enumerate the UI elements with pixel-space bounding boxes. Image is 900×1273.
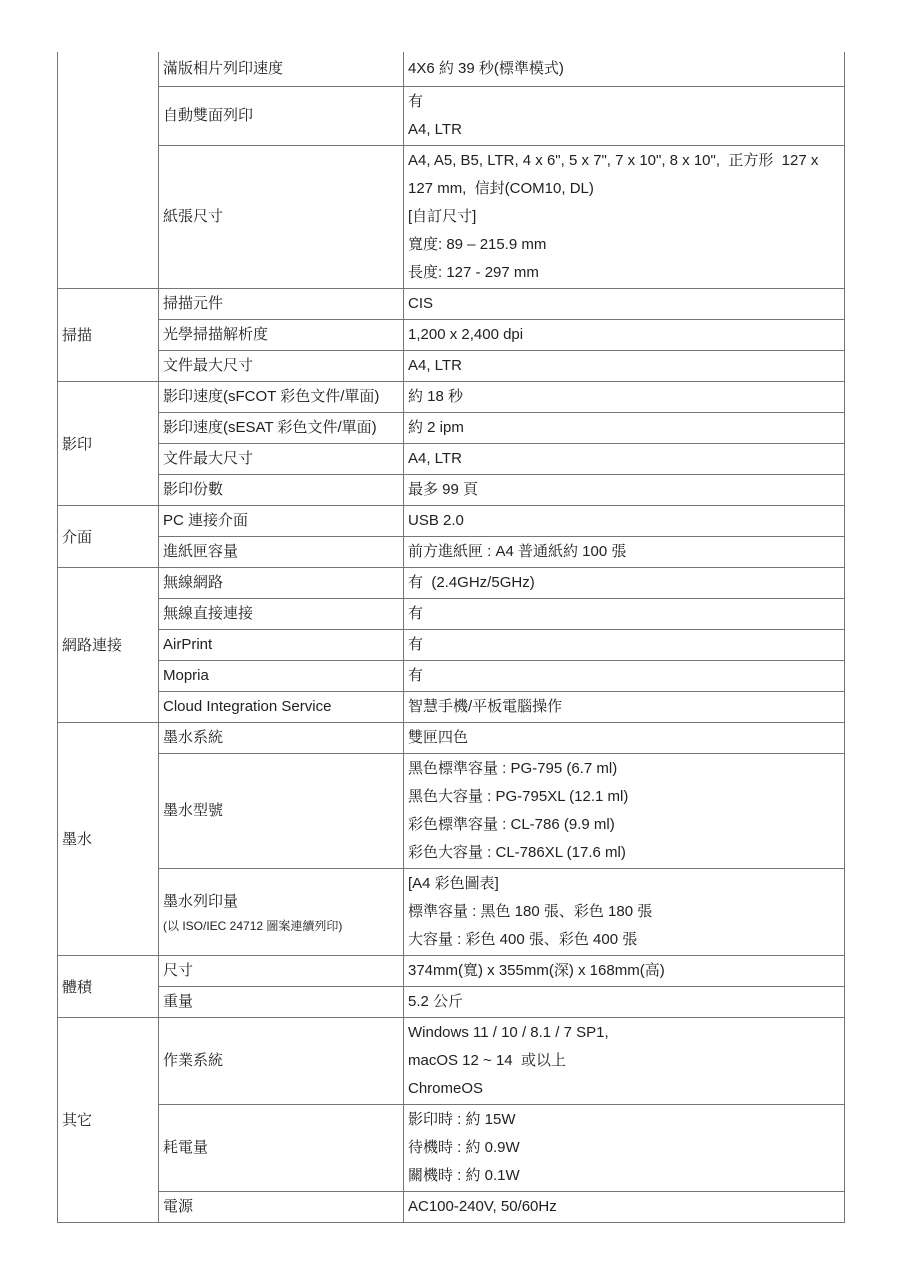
table-row: 介面PC 連接介面USB 2.0: [58, 505, 845, 536]
spec-name-cell: 無線網路: [159, 567, 404, 598]
spec-value-line: 有: [408, 662, 840, 690]
table-row: 影印影印速度(sFCOT 彩色文件/單面)約 18 秒: [58, 381, 845, 412]
spec-value-line: 標準容量 : 黑色 180 張、彩色 180 張: [408, 898, 840, 926]
spec-name-cell: 尺寸: [159, 955, 404, 986]
spec-name-cell: 光學掃描解析度: [159, 319, 404, 350]
spec-name-cell: 紙張尺寸: [159, 145, 404, 288]
table-row: 文件最大尺寸A4, LTR: [58, 443, 845, 474]
table-row: 重量5.2 公斤: [58, 986, 845, 1017]
spec-value-cell: 有A4, LTR: [404, 86, 845, 145]
spec-name-note: (以 ISO/IEC 24712 圖案連續列印): [163, 916, 399, 936]
spec-value-cell: 有: [404, 598, 845, 629]
spec-name-label: 影印速度(sESAT 彩色文件/單面): [163, 414, 399, 442]
spec-value-cell: USB 2.0: [404, 505, 845, 536]
spec-value-cell: A4, LTR: [404, 443, 845, 474]
spec-name-cell: Cloud Integration Service: [159, 691, 404, 722]
table-row: 無線直接連接有: [58, 598, 845, 629]
spec-value-cell: 有: [404, 629, 845, 660]
spec-value-cell: Windows 11 / 10 / 8.1 / 7 SP1,macOS 12 ~…: [404, 1017, 845, 1104]
spec-name-label: 作業系統: [163, 1047, 399, 1075]
spec-value-line: 374mm(寬) x 355mm(深) x 168mm(高): [408, 957, 840, 985]
category-cell: 網路連接: [58, 567, 159, 722]
table-row: 紙張尺寸A4, A5, B5, LTR, 4 x 6", 5 x 7", 7 x…: [58, 145, 845, 288]
table-row: 墨水墨水系統雙匣四色: [58, 722, 845, 753]
spec-value-line: 有: [408, 88, 840, 116]
spec-name-label: 墨水型號: [163, 797, 399, 825]
spec-value-line: 有 (2.4GHz/5GHz): [408, 569, 840, 597]
spec-value-cell: 雙匣四色: [404, 722, 845, 753]
spec-name-label: 墨水系統: [163, 724, 399, 752]
spec-value-line: A4, LTR: [408, 116, 840, 144]
spec-value-line: [自訂尺寸]: [408, 203, 840, 231]
spec-value-line: 有: [408, 631, 840, 659]
category-cell: 介面: [58, 505, 159, 567]
spec-value-line: 黑色大容量 : PG-795XL (12.1 ml): [408, 783, 840, 811]
spec-name-label: 無線網路: [163, 569, 399, 597]
category-cell: 墨水: [58, 722, 159, 955]
spec-name-label: 光學掃描解析度: [163, 321, 399, 349]
spec-name-label: 尺寸: [163, 957, 399, 985]
spec-value-cell: 5.2 公斤: [404, 986, 845, 1017]
spec-value-line: 5.2 公斤: [408, 988, 840, 1016]
spec-value-line: A4, LTR: [408, 352, 840, 380]
spec-value-line: 4X6 約 39 秒(標準模式): [408, 55, 840, 83]
table-row: 掃描掃描元件CIS: [58, 288, 845, 319]
category-cell: 其它: [58, 1017, 159, 1222]
table-row: 進紙匣容量前方進紙匣 : A4 普通紙約 100 張: [58, 536, 845, 567]
table-row: 墨水型號黑色標準容量 : PG-795 (6.7 ml)黑色大容量 : PG-7…: [58, 753, 845, 868]
spec-value-cell: 4X6 約 39 秒(標準模式): [404, 52, 845, 86]
spec-value-line: USB 2.0: [408, 507, 840, 535]
table-row: 滿版相片列印速度4X6 約 39 秒(標準模式): [58, 52, 845, 86]
spec-name-label: 無線直接連接: [163, 600, 399, 628]
spec-name-cell: 滿版相片列印速度: [159, 52, 404, 86]
spec-value-cell: A4, A5, B5, LTR, 4 x 6", 5 x 7", 7 x 10"…: [404, 145, 845, 288]
spec-name-cell: 文件最大尺寸: [159, 443, 404, 474]
spec-value-line: 待機時 : 約 0.9W: [408, 1134, 840, 1162]
spec-value-cell: [A4 彩色圖表]標準容量 : 黑色 180 張、彩色 180 張大容量 : 彩…: [404, 868, 845, 955]
table-row: 體積尺寸374mm(寬) x 355mm(深) x 168mm(高): [58, 955, 845, 986]
spec-value-cell: 有 (2.4GHz/5GHz): [404, 567, 845, 598]
spec-name-cell: Mopria: [159, 660, 404, 691]
table-row: 網路連接無線網路有 (2.4GHz/5GHz): [58, 567, 845, 598]
spec-name-label: 進紙匣容量: [163, 538, 399, 566]
spec-name-label: 文件最大尺寸: [163, 445, 399, 473]
table-row: Cloud Integration Service智慧手機/平板電腦操作: [58, 691, 845, 722]
spec-value-line: 約 2 ipm: [408, 414, 840, 442]
spec-sheet: 滿版相片列印速度4X6 約 39 秒(標準模式)自動雙面列印有A4, LTR紙張…: [57, 52, 844, 1223]
spec-name-label: 耗電量: [163, 1134, 399, 1162]
spec-value-line: ChromeOS: [408, 1075, 840, 1103]
spec-value-cell: 1,200 x 2,400 dpi: [404, 319, 845, 350]
spec-name-cell: 自動雙面列印: [159, 86, 404, 145]
table-row: 影印速度(sESAT 彩色文件/單面)約 2 ipm: [58, 412, 845, 443]
spec-name-label: 自動雙面列印: [163, 102, 399, 130]
spec-name-cell: 墨水列印量(以 ISO/IEC 24712 圖案連續列印): [159, 868, 404, 955]
spec-name-label: 墨水列印量: [163, 888, 399, 916]
table-row: 電源AC100-240V, 50/60Hz: [58, 1191, 845, 1222]
spec-value-line: 有: [408, 600, 840, 628]
spec-value-line: 智慧手機/平板電腦操作: [408, 693, 840, 721]
spec-value-line: CIS: [408, 290, 840, 318]
spec-name-cell: 耗電量: [159, 1104, 404, 1191]
spec-value-cell: 有: [404, 660, 845, 691]
table-row: 耗電量影印時 : 約 15W待機時 : 約 0.9W關機時 : 約 0.1W: [58, 1104, 845, 1191]
spec-value-line: AC100-240V, 50/60Hz: [408, 1193, 840, 1221]
spec-name-cell: 墨水系統: [159, 722, 404, 753]
spec-value-cell: CIS: [404, 288, 845, 319]
category-cell: 體積: [58, 955, 159, 1017]
spec-table: 滿版相片列印速度4X6 約 39 秒(標準模式)自動雙面列印有A4, LTR紙張…: [57, 52, 845, 1223]
spec-value-line: macOS 12 ~ 14 或以上: [408, 1047, 840, 1075]
spec-name-label: 電源: [163, 1193, 399, 1221]
spec-value-line: 長度: 127 - 297 mm: [408, 259, 840, 287]
spec-name-label: PC 連接介面: [163, 507, 399, 535]
spec-name-cell: 作業系統: [159, 1017, 404, 1104]
category-cell: 影印: [58, 381, 159, 505]
spec-name-label: Cloud Integration Service: [163, 693, 399, 721]
spec-value-line: A4, A5, B5, LTR, 4 x 6", 5 x 7", 7 x 10"…: [408, 147, 840, 175]
spec-value-line: 黑色標準容量 : PG-795 (6.7 ml): [408, 755, 840, 783]
spec-name-cell: 墨水型號: [159, 753, 404, 868]
table-row: 光學掃描解析度1,200 x 2,400 dpi: [58, 319, 845, 350]
spec-value-line: 1,200 x 2,400 dpi: [408, 321, 840, 349]
spec-value-cell: 374mm(寬) x 355mm(深) x 168mm(高): [404, 955, 845, 986]
spec-value-cell: A4, LTR: [404, 350, 845, 381]
spec-name-label: 文件最大尺寸: [163, 352, 399, 380]
spec-value-line: 關機時 : 約 0.1W: [408, 1162, 840, 1190]
spec-value-line: 127 mm, 信封(COM10, DL): [408, 175, 840, 203]
spec-name-label: 影印份數: [163, 476, 399, 504]
spec-value-cell: 黑色標準容量 : PG-795 (6.7 ml)黑色大容量 : PG-795XL…: [404, 753, 845, 868]
spec-value-cell: 影印時 : 約 15W待機時 : 約 0.9W關機時 : 約 0.1W: [404, 1104, 845, 1191]
spec-name-label: Mopria: [163, 662, 399, 690]
table-row: 墨水列印量(以 ISO/IEC 24712 圖案連續列印)[A4 彩色圖表]標準…: [58, 868, 845, 955]
spec-value-line: 寬度: 89 – 215.9 mm: [408, 231, 840, 259]
spec-value-line: 大容量 : 彩色 400 張、彩色 400 張: [408, 926, 840, 954]
table-row: 文件最大尺寸A4, LTR: [58, 350, 845, 381]
spec-value-line: 最多 99 頁: [408, 476, 840, 504]
spec-name-cell: 影印份數: [159, 474, 404, 505]
table-row: Mopria有: [58, 660, 845, 691]
spec-value-line: 約 18 秒: [408, 383, 840, 411]
spec-value-cell: 約 2 ipm: [404, 412, 845, 443]
spec-value-line: [A4 彩色圖表]: [408, 870, 840, 898]
spec-value-line: 雙匣四色: [408, 724, 840, 752]
spec-value-cell: 前方進紙匣 : A4 普通紙約 100 張: [404, 536, 845, 567]
category-cell: 掃描: [58, 288, 159, 381]
spec-value-cell: 智慧手機/平板電腦操作: [404, 691, 845, 722]
spec-name-label: 重量: [163, 988, 399, 1016]
category-cell: [58, 52, 159, 288]
spec-value-line: A4, LTR: [408, 445, 840, 473]
table-row: AirPrint有: [58, 629, 845, 660]
spec-value-cell: 約 18 秒: [404, 381, 845, 412]
spec-name-label: 紙張尺寸: [163, 203, 399, 231]
spec-name-cell: 電源: [159, 1191, 404, 1222]
table-row: 自動雙面列印有A4, LTR: [58, 86, 845, 145]
spec-name-label: 滿版相片列印速度: [163, 55, 399, 83]
spec-name-cell: 文件最大尺寸: [159, 350, 404, 381]
spec-name-label: AirPrint: [163, 631, 399, 659]
spec-name-cell: PC 連接介面: [159, 505, 404, 536]
spec-value-line: Windows 11 / 10 / 8.1 / 7 SP1,: [408, 1019, 840, 1047]
spec-name-cell: AirPrint: [159, 629, 404, 660]
spec-name-cell: 重量: [159, 986, 404, 1017]
spec-value-line: 前方進紙匣 : A4 普通紙約 100 張: [408, 538, 840, 566]
spec-name-cell: 影印速度(sFCOT 彩色文件/單面): [159, 381, 404, 412]
spec-name-cell: 無線直接連接: [159, 598, 404, 629]
spec-value-cell: AC100-240V, 50/60Hz: [404, 1191, 845, 1222]
spec-name-label: 影印速度(sFCOT 彩色文件/單面): [163, 383, 399, 411]
spec-name-cell: 影印速度(sESAT 彩色文件/單面): [159, 412, 404, 443]
spec-value-line: 影印時 : 約 15W: [408, 1106, 840, 1134]
table-row: 其它作業系統Windows 11 / 10 / 8.1 / 7 SP1,macO…: [58, 1017, 845, 1104]
spec-name-cell: 掃描元件: [159, 288, 404, 319]
spec-value-cell: 最多 99 頁: [404, 474, 845, 505]
spec-value-line: 彩色標準容量 : CL-786 (9.9 ml): [408, 811, 840, 839]
spec-name-label: 掃描元件: [163, 290, 399, 318]
spec-value-line: 彩色大容量 : CL-786XL (17.6 ml): [408, 839, 840, 867]
spec-name-cell: 進紙匣容量: [159, 536, 404, 567]
table-row: 影印份數最多 99 頁: [58, 474, 845, 505]
